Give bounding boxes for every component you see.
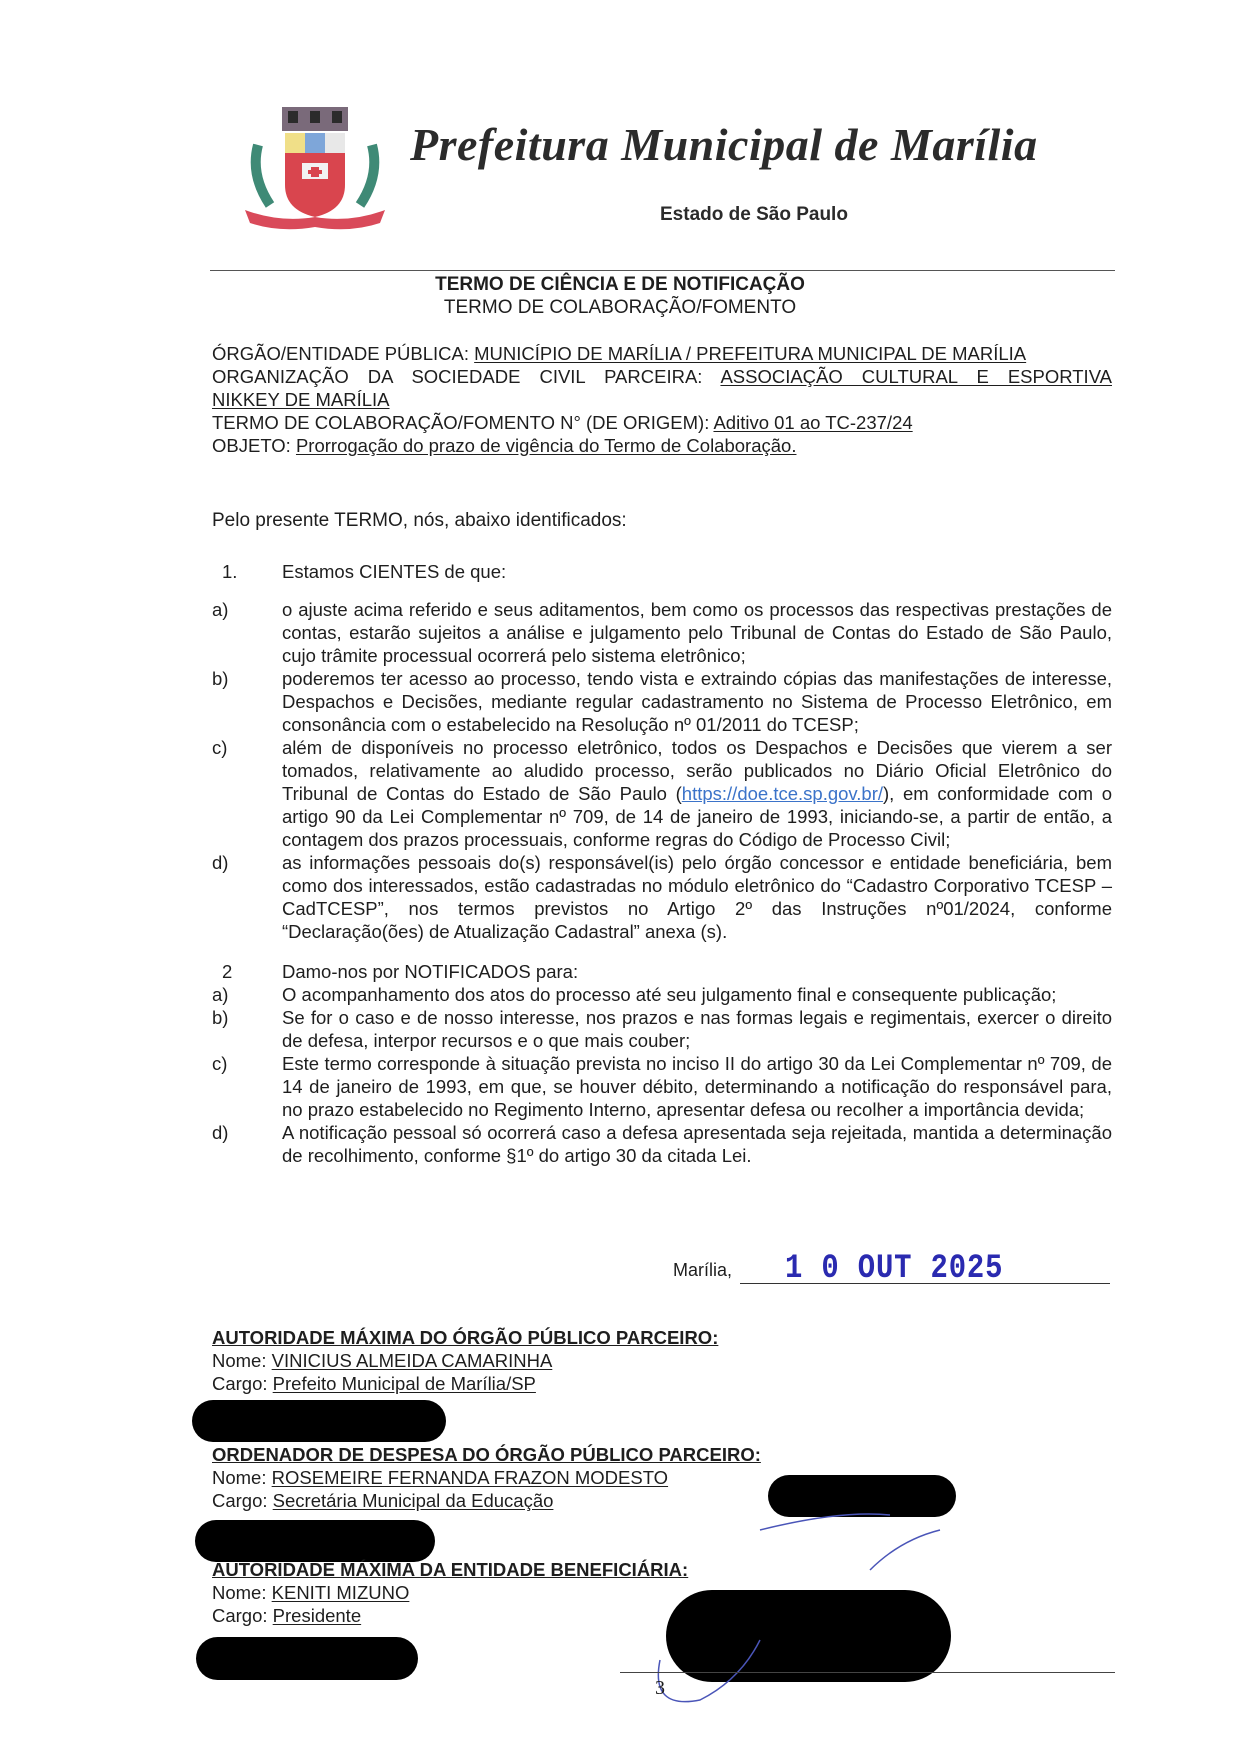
item-marker: a) [212,598,282,667]
section-1-items: a) o ajuste acima referido e seus aditam… [212,598,1112,943]
place-label: Marília, [673,1260,732,1281]
list-item: c) Este termo corresponde à situação pre… [212,1052,1112,1121]
item-marker: a) [212,983,282,1006]
section-number: 2 [212,960,282,983]
field-value: NIKKEY DE MARÍLIA [212,389,390,410]
list-item: c) além de disponíveis no processo eletr… [212,736,1112,851]
list-item: d) as informações pessoais do(s) respons… [212,851,1112,943]
role-label: Cargo: [212,1373,268,1394]
signatory-name: Nome: VINICIUS ALMEIDA CAMARINHA [212,1349,1112,1372]
name-label: Nome: [212,1350,267,1371]
section-heading: Damo-nos por NOTIFICADOS para: [282,960,1112,983]
item-text: O acompanhamento dos atos do processo at… [282,983,1112,1006]
section-1-heading: 1. Estamos CIENTES de que: [212,560,1112,583]
signatory-role: Cargo: Prefeito Municipal de Marília/SP [212,1372,1112,1395]
signature-icon [640,1460,960,1720]
field-label: ÓRGÃO/ENTIDADE PÚBLICA: [212,343,469,364]
item-text: Este termo corresponde à situação previs… [282,1052,1112,1121]
field-label: TERMO DE COLABORAÇÃO/FOMENTO N° (DE ORIG… [212,412,709,433]
item-text: A notificação pessoal só ocorrerá caso a… [282,1121,1112,1167]
field-label: OBJETO: [212,435,291,456]
field-value: Aditivo 01 ao TC-237/24 [713,412,912,433]
item-text: Se for o caso e de nosso interesse, nos … [282,1006,1112,1052]
role-value: Presidente [273,1605,361,1626]
signatory-heading: AUTORIDADE MÁXIMA DO ÓRGÃO PÚBLICO PARCE… [212,1326,1112,1349]
item-marker: b) [212,667,282,736]
item-marker: c) [212,1052,282,1121]
date-stamp: 1 0 OUT 2025 [785,1250,1003,1288]
document-fields: ÓRGÃO/ENTIDADE PÚBLICA: MUNICÍPIO DE MAR… [212,342,1112,457]
document-subtitle: TERMO DE COLABORAÇÃO/FOMENTO [0,297,1240,319]
name-label: Nome: [212,1582,267,1603]
section-number: 1. [212,560,282,583]
item-marker: d) [212,851,282,943]
name-label: Nome: [212,1467,267,1488]
role-value: Prefeito Municipal de Marília/SP [273,1373,536,1394]
item-text: além de disponíveis no processo eletrôni… [282,736,1112,851]
field-osc-cont: NIKKEY DE MARÍLIA [212,388,1112,411]
name-value: VINICIUS ALMEIDA CAMARINHA [272,1350,553,1371]
field-objeto: OBJETO: Prorrogação do prazo de vigência… [212,434,1112,457]
section-2-heading: 2 Damo-nos por NOTIFICADOS para: [212,960,1112,983]
field-termo: TERMO DE COLABORAÇÃO/FOMENTO N° (DE ORIG… [212,411,1112,434]
role-value: Secretária Municipal da Educação [273,1490,554,1511]
field-osc: ORGANIZAÇÃO DA SOCIEDADE CIVIL PARCEIRA:… [212,365,1112,388]
footer-divider [620,1672,1115,1673]
item-marker: d) [212,1121,282,1167]
document-title: TERMO DE CIÊNCIA E DE NOTIFICAÇÃO [0,274,1240,296]
item-text: poderemos ter acesso ao processo, tendo … [282,667,1112,736]
item-marker: b) [212,1006,282,1052]
page-number: 3 [655,1677,665,1700]
role-label: Cargo: [212,1605,268,1626]
item-text: o ajuste acima referido e seus aditament… [282,598,1112,667]
list-item: a) O acompanhamento dos atos do processo… [212,983,1112,1006]
field-orgao: ÓRGÃO/ENTIDADE PÚBLICA: MUNICÍPIO DE MAR… [212,342,1112,365]
field-label: ORGANIZAÇÃO DA SOCIEDADE CIVIL PARCEIRA: [212,366,702,387]
item-text: as informações pessoais do(s) responsáve… [282,851,1112,943]
header-divider [210,270,1115,271]
redaction [196,1637,418,1680]
redaction [195,1520,435,1562]
field-value: ASSOCIAÇÃO CULTURAL E ESPORTIVA [720,366,1112,387]
list-item: a) o ajuste acima referido e seus aditam… [212,598,1112,667]
name-value: KENITI MIZUNO [272,1582,410,1603]
section-heading: Estamos CIENTES de que: [282,560,1112,583]
field-value: Prorrogação do prazo de vigência do Term… [296,435,797,456]
intro-text: Pelo presente TERMO, nós, abaixo identif… [212,510,627,532]
list-item: b) poderemos ter acesso ao processo, ten… [212,667,1112,736]
tce-link[interactable]: https://doe.tce.sp.gov.br/ [682,783,883,804]
redaction [192,1400,446,1442]
name-value: ROSEMEIRE FERNANDA FRAZON MODESTO [272,1467,668,1488]
state-name: Estado de São Paulo [660,204,848,226]
field-value: MUNICÍPIO DE MARÍLIA / PREFEITURA MUNICI… [474,343,1026,364]
list-item: b) Se for o caso e de nosso interesse, n… [212,1006,1112,1052]
institution-name: Prefeitura Municipal de Marília [410,118,1038,171]
list-item: d) A notificação pessoal só ocorrerá cas… [212,1121,1112,1167]
role-label: Cargo: [212,1490,268,1511]
item-marker: c) [212,736,282,851]
section-2: 2 Damo-nos por NOTIFICADOS para: a) O ac… [212,960,1112,1167]
coat-of-arms-icon [240,105,390,240]
signatory-block: AUTORIDADE MÁXIMA DO ÓRGÃO PÚBLICO PARCE… [212,1326,1112,1395]
